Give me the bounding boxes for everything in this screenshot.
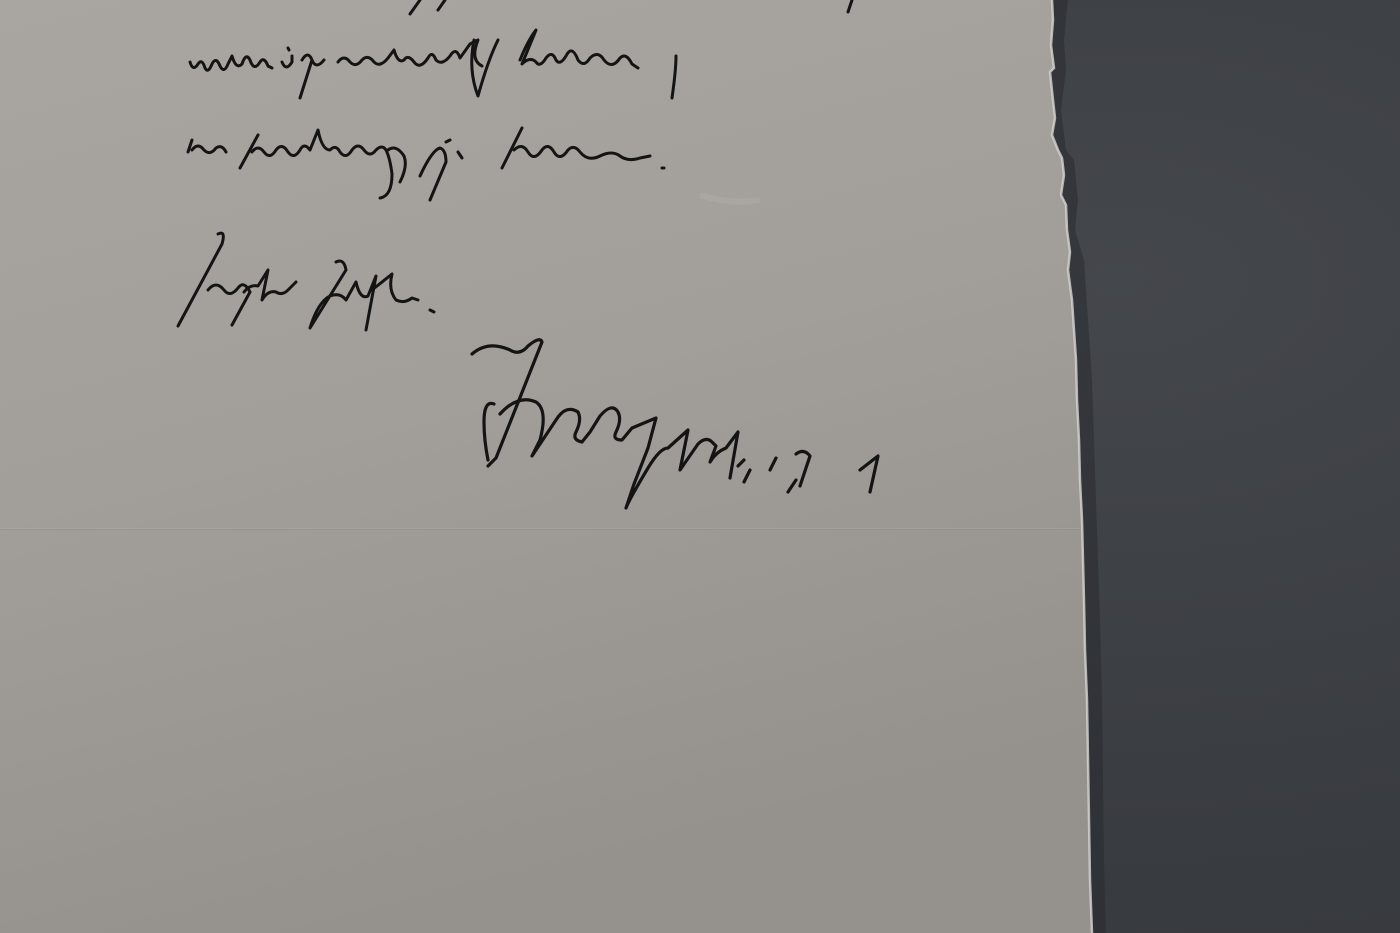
handwriting-line-2 (188, 128, 664, 200)
handwriting-line-1 (190, 30, 676, 98)
handwriting-layer (0, 0, 1400, 933)
handwriting-signature (472, 340, 878, 508)
handwriting-line-0 (410, 0, 852, 14)
letter-sheet: würde ich ausdrücklich bitten, den Rückw… (0, 0, 1400, 933)
handwriting-closing (178, 233, 434, 330)
